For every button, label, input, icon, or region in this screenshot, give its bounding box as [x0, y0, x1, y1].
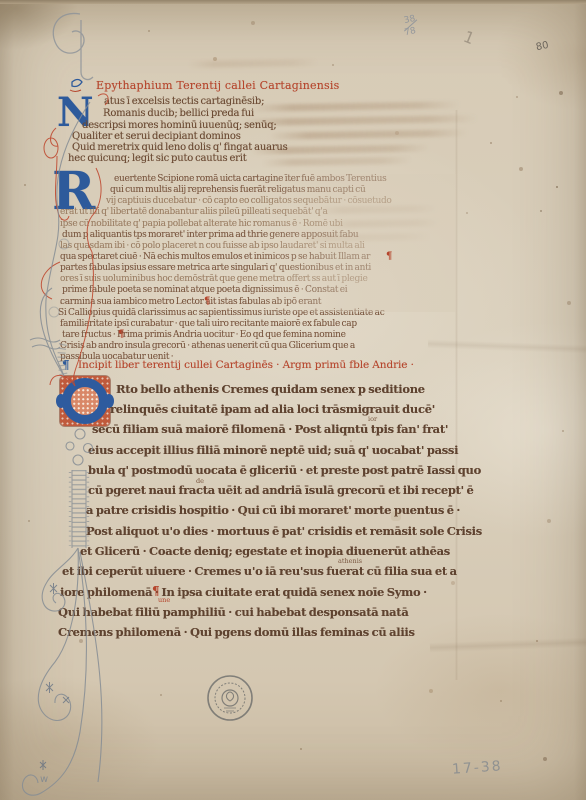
fraction-denominator: 78 — [404, 26, 417, 38]
parchment-crease — [455, 110, 458, 680]
library-stamp — [200, 670, 264, 734]
epitaph-line: Romanis ducib; bellici preda fui — [103, 108, 254, 119]
argument-line: a patre crisidis hospitio · Qui cū ibi m… — [86, 503, 460, 517]
epitaph-line: Qualiter et serui decipiant dominos — [72, 131, 241, 142]
vita-line: familiaritate ipsī curabatur · que tali … — [60, 319, 357, 329]
showthrough-strip — [330, 219, 440, 228]
vita-line: qui cum multis alij reprehensis fuerāt r… — [110, 185, 366, 195]
folio-number: 17-38 — [452, 758, 504, 777]
vita-line: qua spectaret ciuē · Nā echis multos emu… — [60, 252, 370, 262]
pilcrow-mark: ¶ — [386, 251, 392, 262]
pilcrow-mark: ¶ — [204, 296, 210, 307]
parchment-crease — [430, 637, 586, 652]
vita-line: ipse cū nobilitate q' papia pollebat alt… — [60, 219, 343, 229]
argument-line: bula q' postmodū uocata ē gliceriū · et … — [88, 463, 481, 477]
showthrough-strip — [262, 157, 412, 167]
epitaph-line: atus ī excelsis tectis cartaginēsib; — [104, 96, 264, 107]
manuscript-page: Epythaphium Terentij callei Cartaginensi… — [0, 0, 586, 800]
vita-line: Crisis ab andro insula grecorū · athenas… — [60, 341, 355, 351]
vita-line: euertente Scipione romā uicta cartagine … — [114, 174, 386, 184]
vita-line: dum p aliquantis tps moraret' inter prim… — [62, 230, 358, 240]
scan-top-edge — [0, 0, 586, 4]
interlinear-gloss: ior — [368, 415, 377, 423]
corner-squiggle-mark: 80 — [535, 40, 550, 53]
argument-line: Cremens philomenā · Qui pgens domū illas… — [58, 625, 415, 639]
corner-letter-mark: w — [40, 774, 48, 785]
showthrough-strip — [268, 129, 468, 139]
vita-line: carmina sua iambico metro Lector ait ist… — [60, 297, 321, 307]
shelfmark-fraction: 38 78 — [403, 14, 416, 26]
initial-o: O — [60, 376, 110, 426]
interlinear-gloss: de — [196, 477, 204, 485]
argument-line: Post aliquot u'o dies · mortuus ē pat' c… — [86, 524, 482, 538]
argument-line: cū pgeret naui fracta uēit ad andriā īsu… — [88, 483, 474, 497]
parchment-crease — [428, 339, 586, 354]
stray-stroke-mark: 1 — [461, 27, 478, 48]
showthrough-strip — [242, 115, 477, 126]
top-doodle-letter — [53, 13, 93, 79]
vita-line: Si Calliopius quidā clarissimus ac sapie… — [58, 308, 384, 318]
vita-line: partes fabulas ipsius essare metrica art… — [60, 263, 371, 273]
pilcrow-mark: ¶ — [118, 329, 124, 340]
showthrough-strip — [188, 59, 318, 68]
vita-line: vij captiuis ducebatur · cō capto eo col… — [106, 196, 392, 206]
page-heading: Epythaphium Terentij callei Cartaginensi… — [96, 79, 339, 92]
argument-line: et ibi ceperūt uiuere · Cremes u'o iā re… — [62, 564, 457, 578]
argument-line: secū filiam suā maiorē filomenā · Post a… — [92, 422, 448, 436]
vita-line: prime fabule poeta se nominat atque poet… — [62, 285, 347, 295]
vita-line: tare fructus · Prima primis Andria uocit… — [62, 330, 346, 340]
argument-line: relinquēs ciuitatē ipam ad alia loci trā… — [110, 402, 435, 416]
showthrough-strip — [318, 205, 438, 214]
argument-line: Qui habebat filiū pamphiliū · cui habeba… — [58, 605, 408, 619]
epitaph-line: Quid meretrix quid leno dolis q' fingat … — [72, 142, 288, 153]
vita-line: ores ī suis uoluminibus hoc demōstrāt qu… — [60, 274, 368, 284]
argument-line: et Glicerū · Coacte deniq; egestate et i… — [80, 544, 450, 558]
vita-line: las quasdam ibi · cō polo placeret n cou… — [60, 241, 365, 251]
argument-line: eius accepit illius filiā minorē neptē u… — [88, 443, 458, 457]
interlinear-gloss: une — [158, 596, 170, 604]
argument-line: Rto bello athenis Cremes quidam senex p … — [116, 382, 425, 396]
rubric-incipit: Incipit liber terentij cullei Cartaginēs… — [78, 359, 414, 371]
rubric-paraph: ¶ — [62, 358, 70, 372]
argument-line: iore philomenā · In ipsa ciuitate erat q… — [60, 585, 427, 599]
parchment-specks — [0, 0, 2, 2]
epitaph-line: descripsi mores hominū iuuenūq; senūq; — [82, 120, 277, 131]
illuminated-initial-o: O — [60, 376, 110, 426]
vita-line: erat ut illi q' libertatē donabantur ali… — [60, 207, 328, 217]
showthrough-strip — [250, 101, 460, 112]
interlinear-gloss: athenis — [338, 557, 362, 565]
